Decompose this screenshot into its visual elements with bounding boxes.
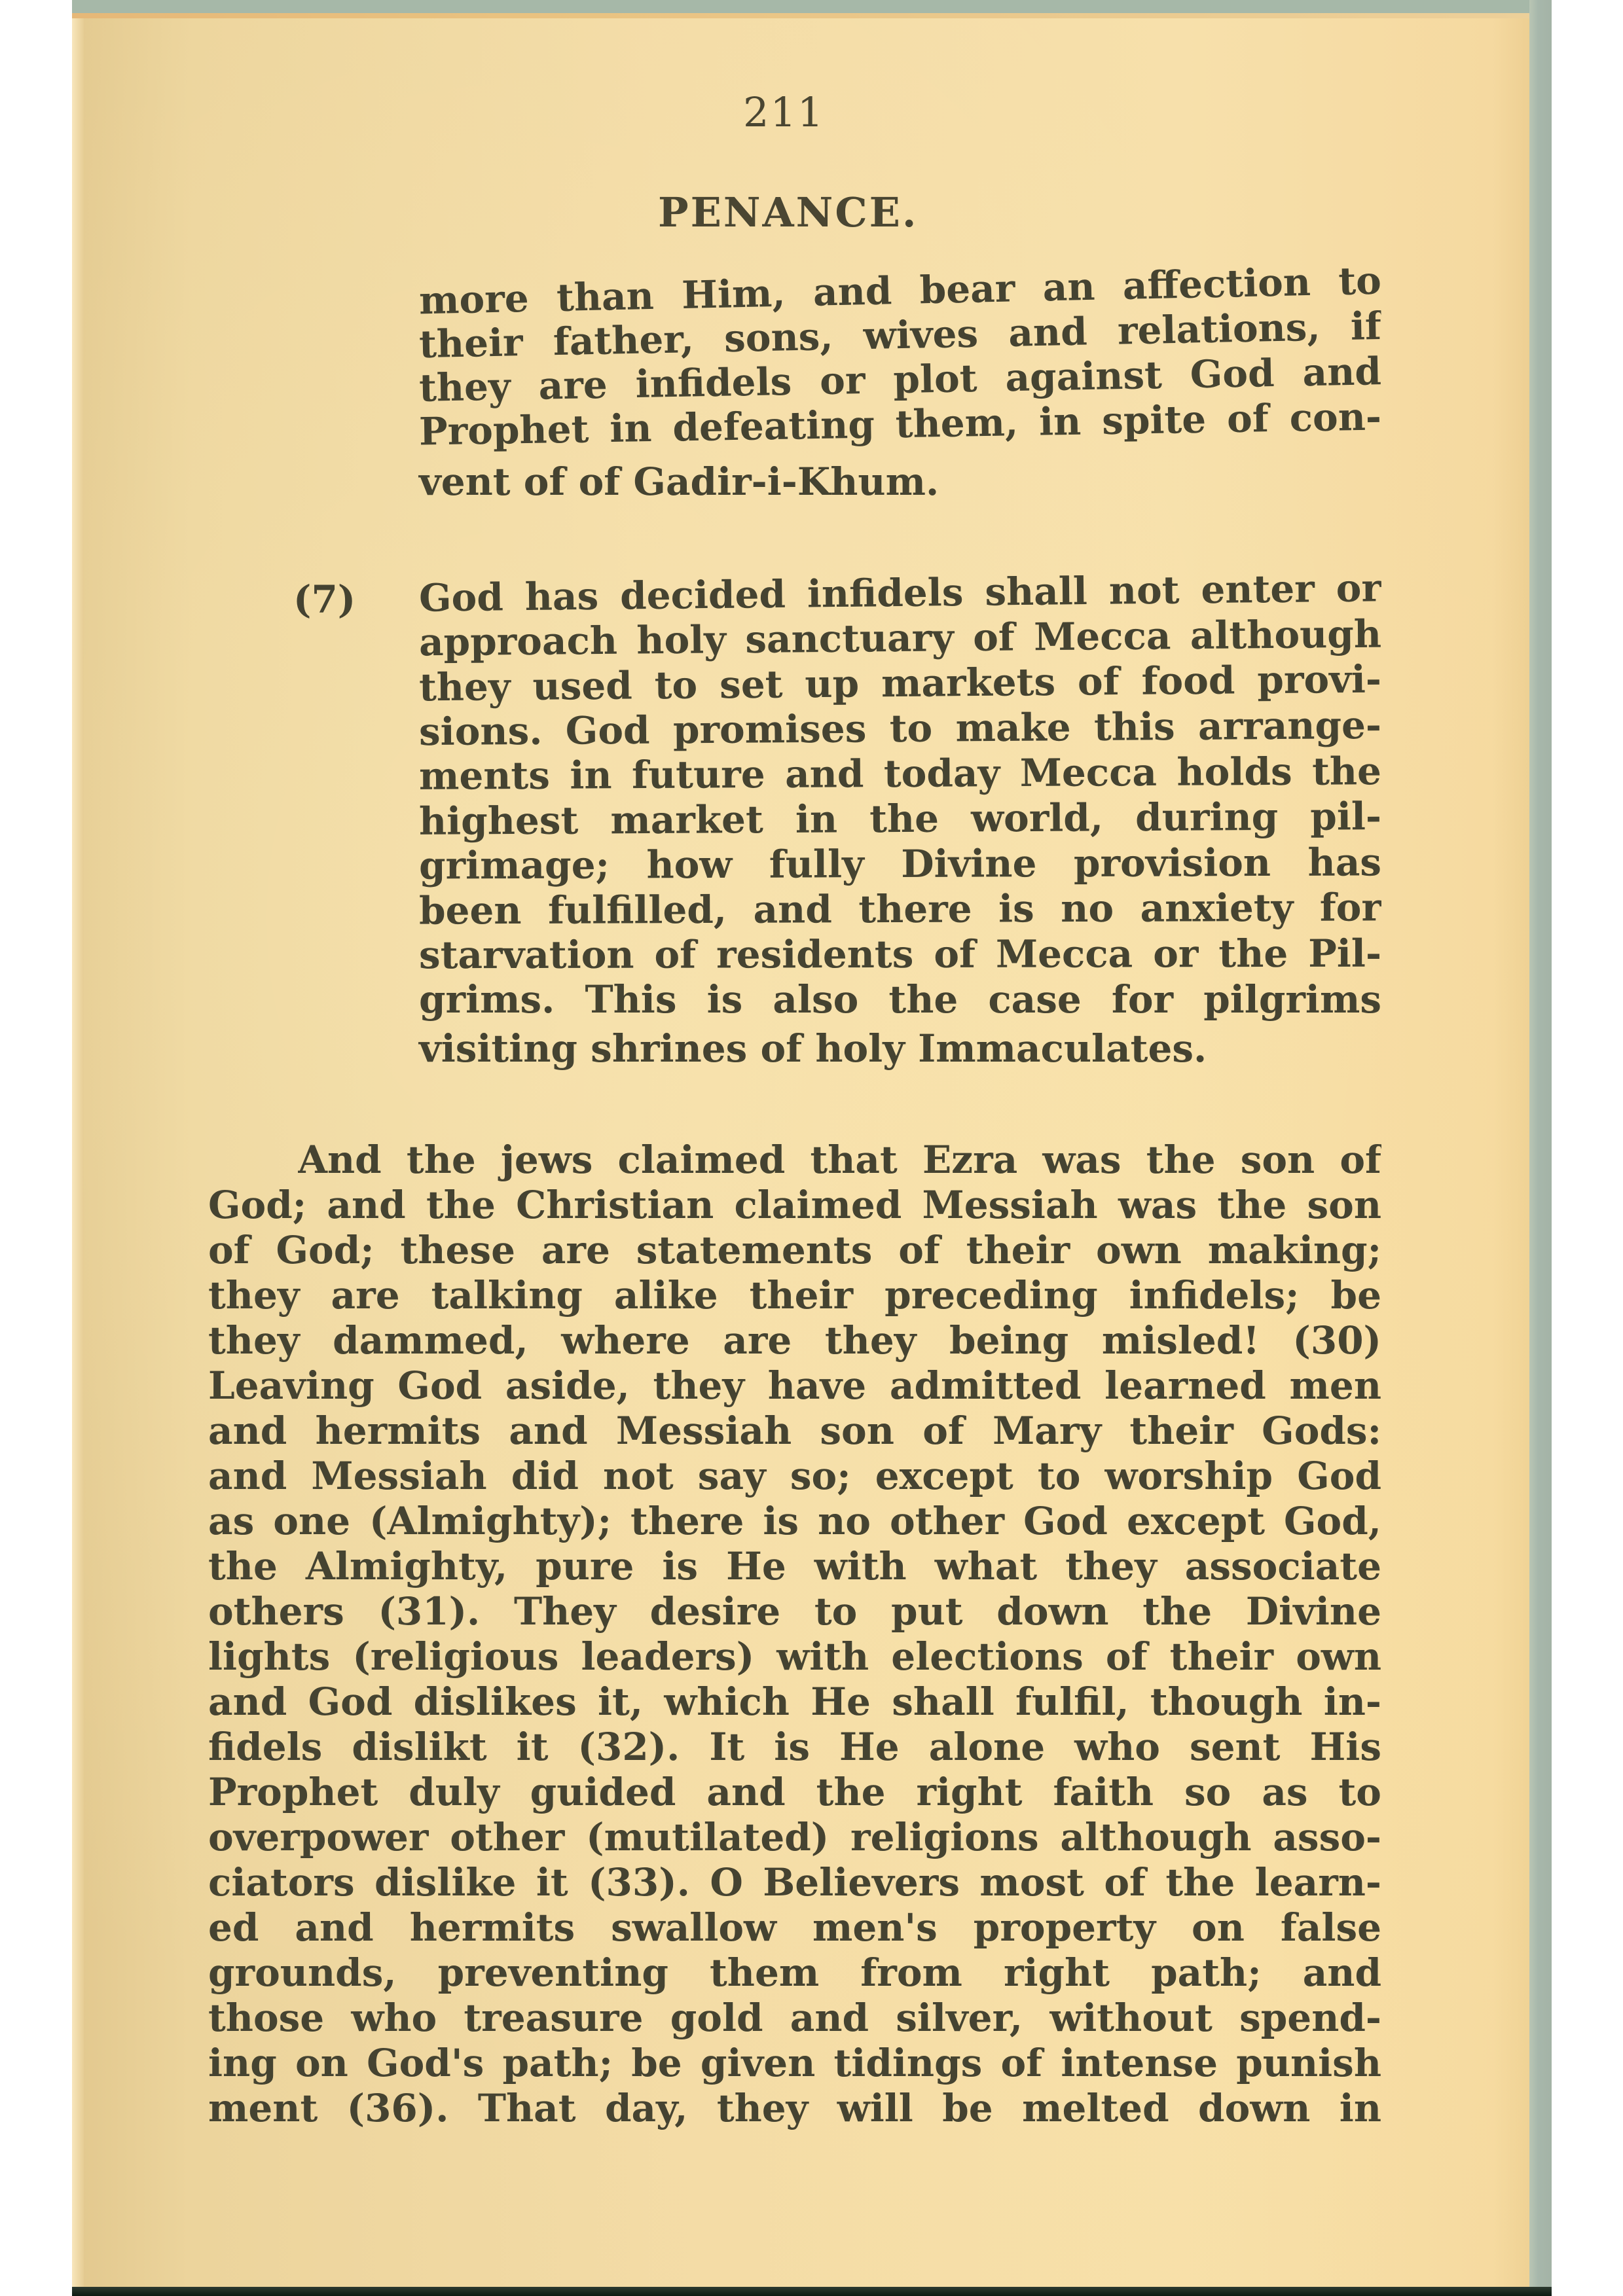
text-line: they used to set up markets of food prov… xyxy=(419,657,1382,711)
text-line: those who treasure gold and silver, with… xyxy=(208,1996,1381,2041)
text-line: ed and hermits swallow men's property on… xyxy=(208,1905,1381,1951)
text-line: Leaving God aside, they have admitted le… xyxy=(208,1363,1381,1409)
page-top-edge-stain xyxy=(72,13,1552,18)
text-line: as one (Almighty); there is no other God… xyxy=(208,1499,1381,1545)
text-line: of God; these are statements of their ow… xyxy=(208,1228,1381,1274)
text-line: others (31). They desire to put down the… xyxy=(208,1589,1381,1635)
item-marker: (7) xyxy=(293,577,356,622)
text-line: starvation of residents of Mecca or the … xyxy=(419,931,1381,979)
text-line: vent of of Gadir-i-Khum. xyxy=(419,459,939,504)
text-line: ment (36). That day, they will be melted… xyxy=(208,2086,1381,2132)
text-line: they are talking alike their preceding i… xyxy=(208,1273,1381,1319)
text-line: visiting shrines of holy Immaculates. xyxy=(419,1026,1207,1071)
text-line: lights (religious leaders) with election… xyxy=(208,1634,1381,1680)
text-line: and God dislikes it, which He shall fulf… xyxy=(208,1679,1381,1725)
text-line: highest market in the world, during pil- xyxy=(419,794,1381,845)
text-line: fidels dislikt it (32). It is He alone w… xyxy=(208,1725,1381,1770)
text-line: grims. This is also the case for pilgrim… xyxy=(419,977,1381,1023)
text-line: grounds, preventing them from right path… xyxy=(208,1950,1381,1996)
text-line: and hermits and Messiah son of Mary thei… xyxy=(208,1408,1381,1454)
page-left-edge xyxy=(72,0,84,2296)
page-number: 211 xyxy=(743,88,824,136)
text-line: they dammed, where are they being misled… xyxy=(208,1318,1381,1364)
text-line: the Almighty, pure is He with what they … xyxy=(208,1544,1381,1590)
text-line: ing on God's path; be given tidings of i… xyxy=(208,2041,1381,2087)
text-line: overpower other (mutilated) religions al… xyxy=(208,1815,1381,1861)
page-top-edge xyxy=(72,0,1552,14)
text-line: grimage; how fully Divine provision has xyxy=(419,840,1381,889)
text-line: Prophet duly guided and the right faith … xyxy=(208,1770,1381,1816)
text-line: And the jews claimed that Ezra was the s… xyxy=(298,1138,1381,1183)
text-line: ments in future and today Mecca holds th… xyxy=(419,749,1381,800)
text-line: sions. God promises to make this arrange… xyxy=(419,703,1381,755)
text-line: God; and the Christian claimed Messiah w… xyxy=(208,1183,1381,1229)
page-bottom-edge xyxy=(72,2287,1552,2296)
page-right-edge xyxy=(1529,0,1552,2296)
text-line: ciators dislike it (33). O Believers mos… xyxy=(208,1860,1381,1906)
text-line: been fulfilled, and there is no anxiety … xyxy=(419,885,1381,934)
text-line: and Messiah did not say so; except to wo… xyxy=(208,1454,1381,1499)
page-heading: PENANCE. xyxy=(658,188,919,236)
